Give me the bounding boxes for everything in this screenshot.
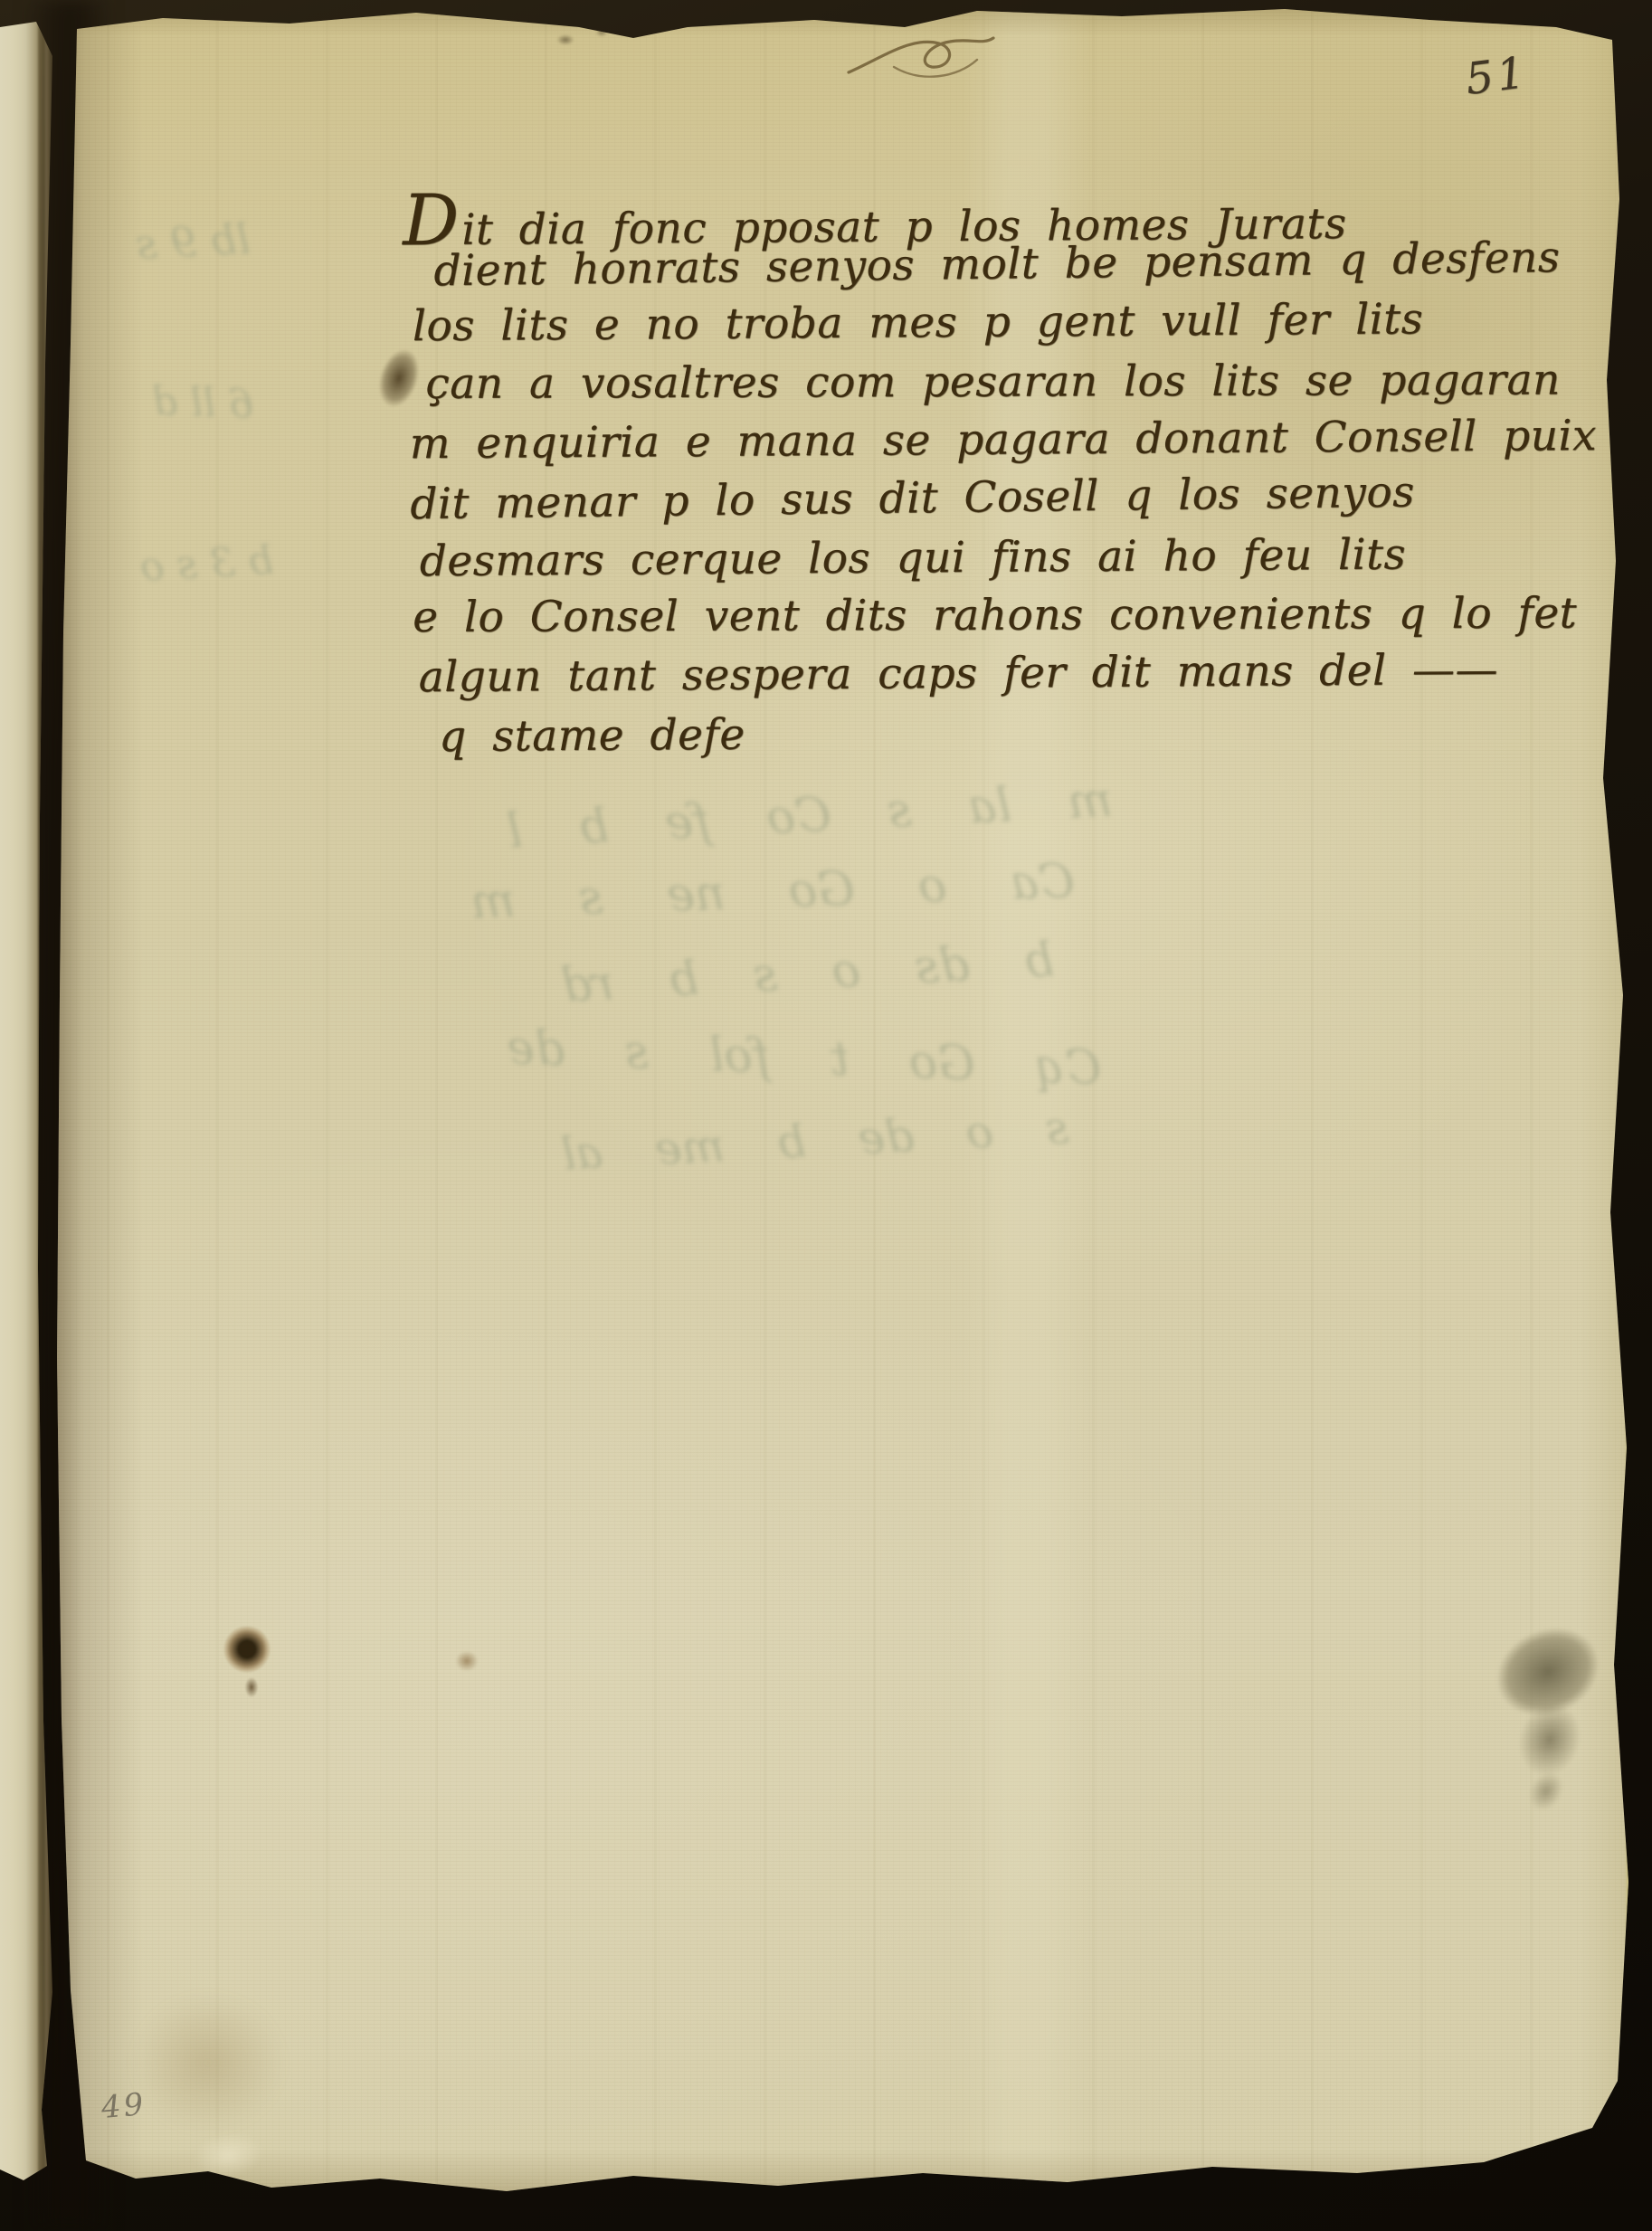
manuscript-text-block: Dit dia fonc pposat p los homes Jurats d… — [0, 0, 1652, 2231]
handwritten-line: m enquiria e mana se pagara donant Conse… — [410, 411, 1598, 469]
handwritten-line: desmars cerque los qui fins ai ho feu li… — [420, 530, 1407, 587]
handwritten-line: e lo Consel vent dits rahons convenients… — [413, 588, 1577, 641]
pencil-foliation-number: 49 — [100, 2086, 147, 2126]
handwritten-line: çan a vosaltres com pesaran los lits se … — [425, 356, 1561, 409]
handwritten-line: q stame defe — [439, 710, 745, 762]
book-scan: lb 9 s 6 ll d b 3 s o m la s Co fe b l C… — [0, 0, 1652, 2231]
manuscript-page: lb 9 s 6 ll d b 3 s o m la s Co fe b l C… — [0, 0, 1652, 2231]
deckle-edge-highlight — [1627, 27, 1632, 2135]
handwritten-line: dit menar p lo sus dit Cosell q los seny… — [410, 468, 1415, 530]
handwritten-line: los lits e no troba mes p gent vull fer … — [413, 294, 1424, 351]
handwritten-line: algun tant sespera caps fer dit mans del… — [418, 645, 1498, 702]
